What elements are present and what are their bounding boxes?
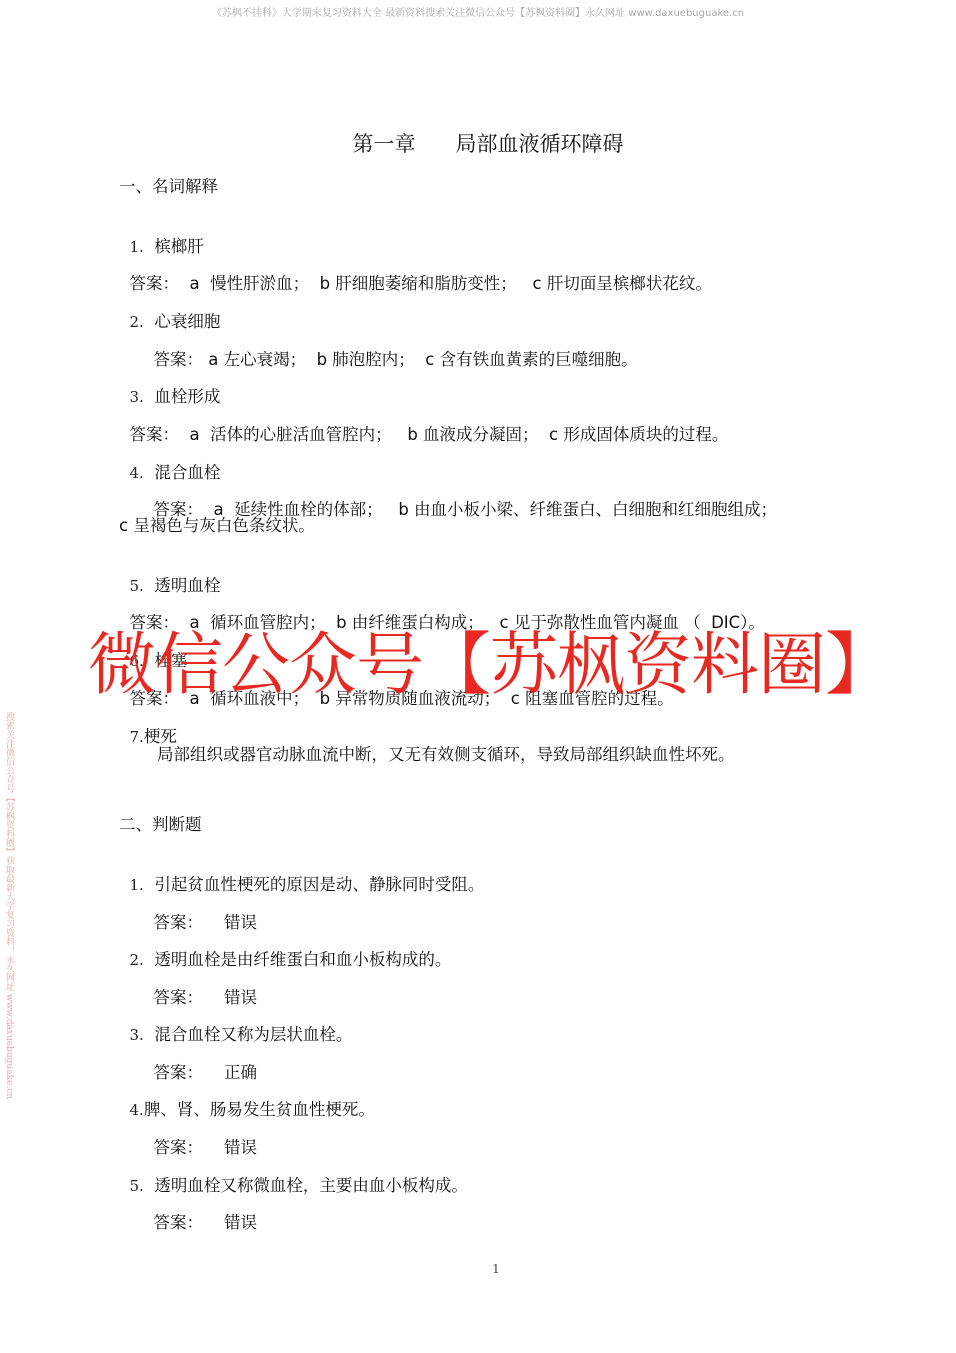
item-number: 4. <box>130 464 144 482</box>
item-number: 1. <box>130 876 144 894</box>
answer-text: a 活体的心脏活血管腔内； b 血液成分凝固； c 形成固体质块的过程。 <box>179 425 728 444</box>
header-banner: 《苏枫不挂科》大学期末复习资料大全 最新资料搜索关注微信公众号【苏枫资料圈】永久… <box>0 4 956 19</box>
item-number: 2. <box>130 313 144 331</box>
chapter-title: 第一章 局部血液循环障碍 <box>0 128 956 158</box>
section-heading-definitions: 一、名词解释 <box>119 176 218 198</box>
answer-item-5: 答案： a 循环血管腔内； b 由纤维蛋白构成； c 见于弥散性血管内凝血 （ … <box>119 590 765 634</box>
page-number: 1 <box>0 1262 956 1276</box>
answer-text: a 左心衰竭； b 肺泡腔内； c 含有铁血黄素的巨噬细胞。 <box>203 350 638 369</box>
item-number: 2. <box>130 951 144 969</box>
item-number: 5. <box>130 1177 144 1195</box>
answer-label: 答案： <box>154 1213 204 1232</box>
answer-item-4-continued: c 呈褐色与灰白色条纹状。 <box>119 515 315 537</box>
answer-value: 错误 <box>224 1213 257 1232</box>
answer-text: a 循环血管腔内； b 由纤维蛋白构成； c 见于弥散性血管内凝血 （ DIC）… <box>179 613 765 632</box>
section-heading-true-false: 二、判断题 <box>119 814 202 836</box>
side-banner: 搜索关注微信公众号【苏枫资料圈】获取最新大学复习资料，永久网址 www.daxu… <box>2 712 14 1099</box>
answer-item-7: 局部组织或器官动脉血流中断，又无有效侧支循环，导致局部组织缺血性坏死。 <box>157 744 735 766</box>
item-number: 4. <box>130 1101 144 1119</box>
answer-item-tf-5: 答案： 错误 <box>143 1190 257 1234</box>
item-number: 7. <box>130 728 144 746</box>
item-number: 3. <box>130 1026 144 1044</box>
answer-text: a 循环血液中； b 异常物质随血液流动； c 阻塞血管腔的过程。 <box>179 689 674 708</box>
answer-item-6: 答案： a 循环血液中； b 异常物质随血液流动； c 阻塞血管腔的过程。 <box>119 666 674 710</box>
term-item-7: 7.梗死 <box>119 704 177 748</box>
answer-text: a 慢性肝淤血； b 肝细胞萎缩和脂肪变性； c 肝切面呈槟榔状花纹。 <box>179 274 712 293</box>
